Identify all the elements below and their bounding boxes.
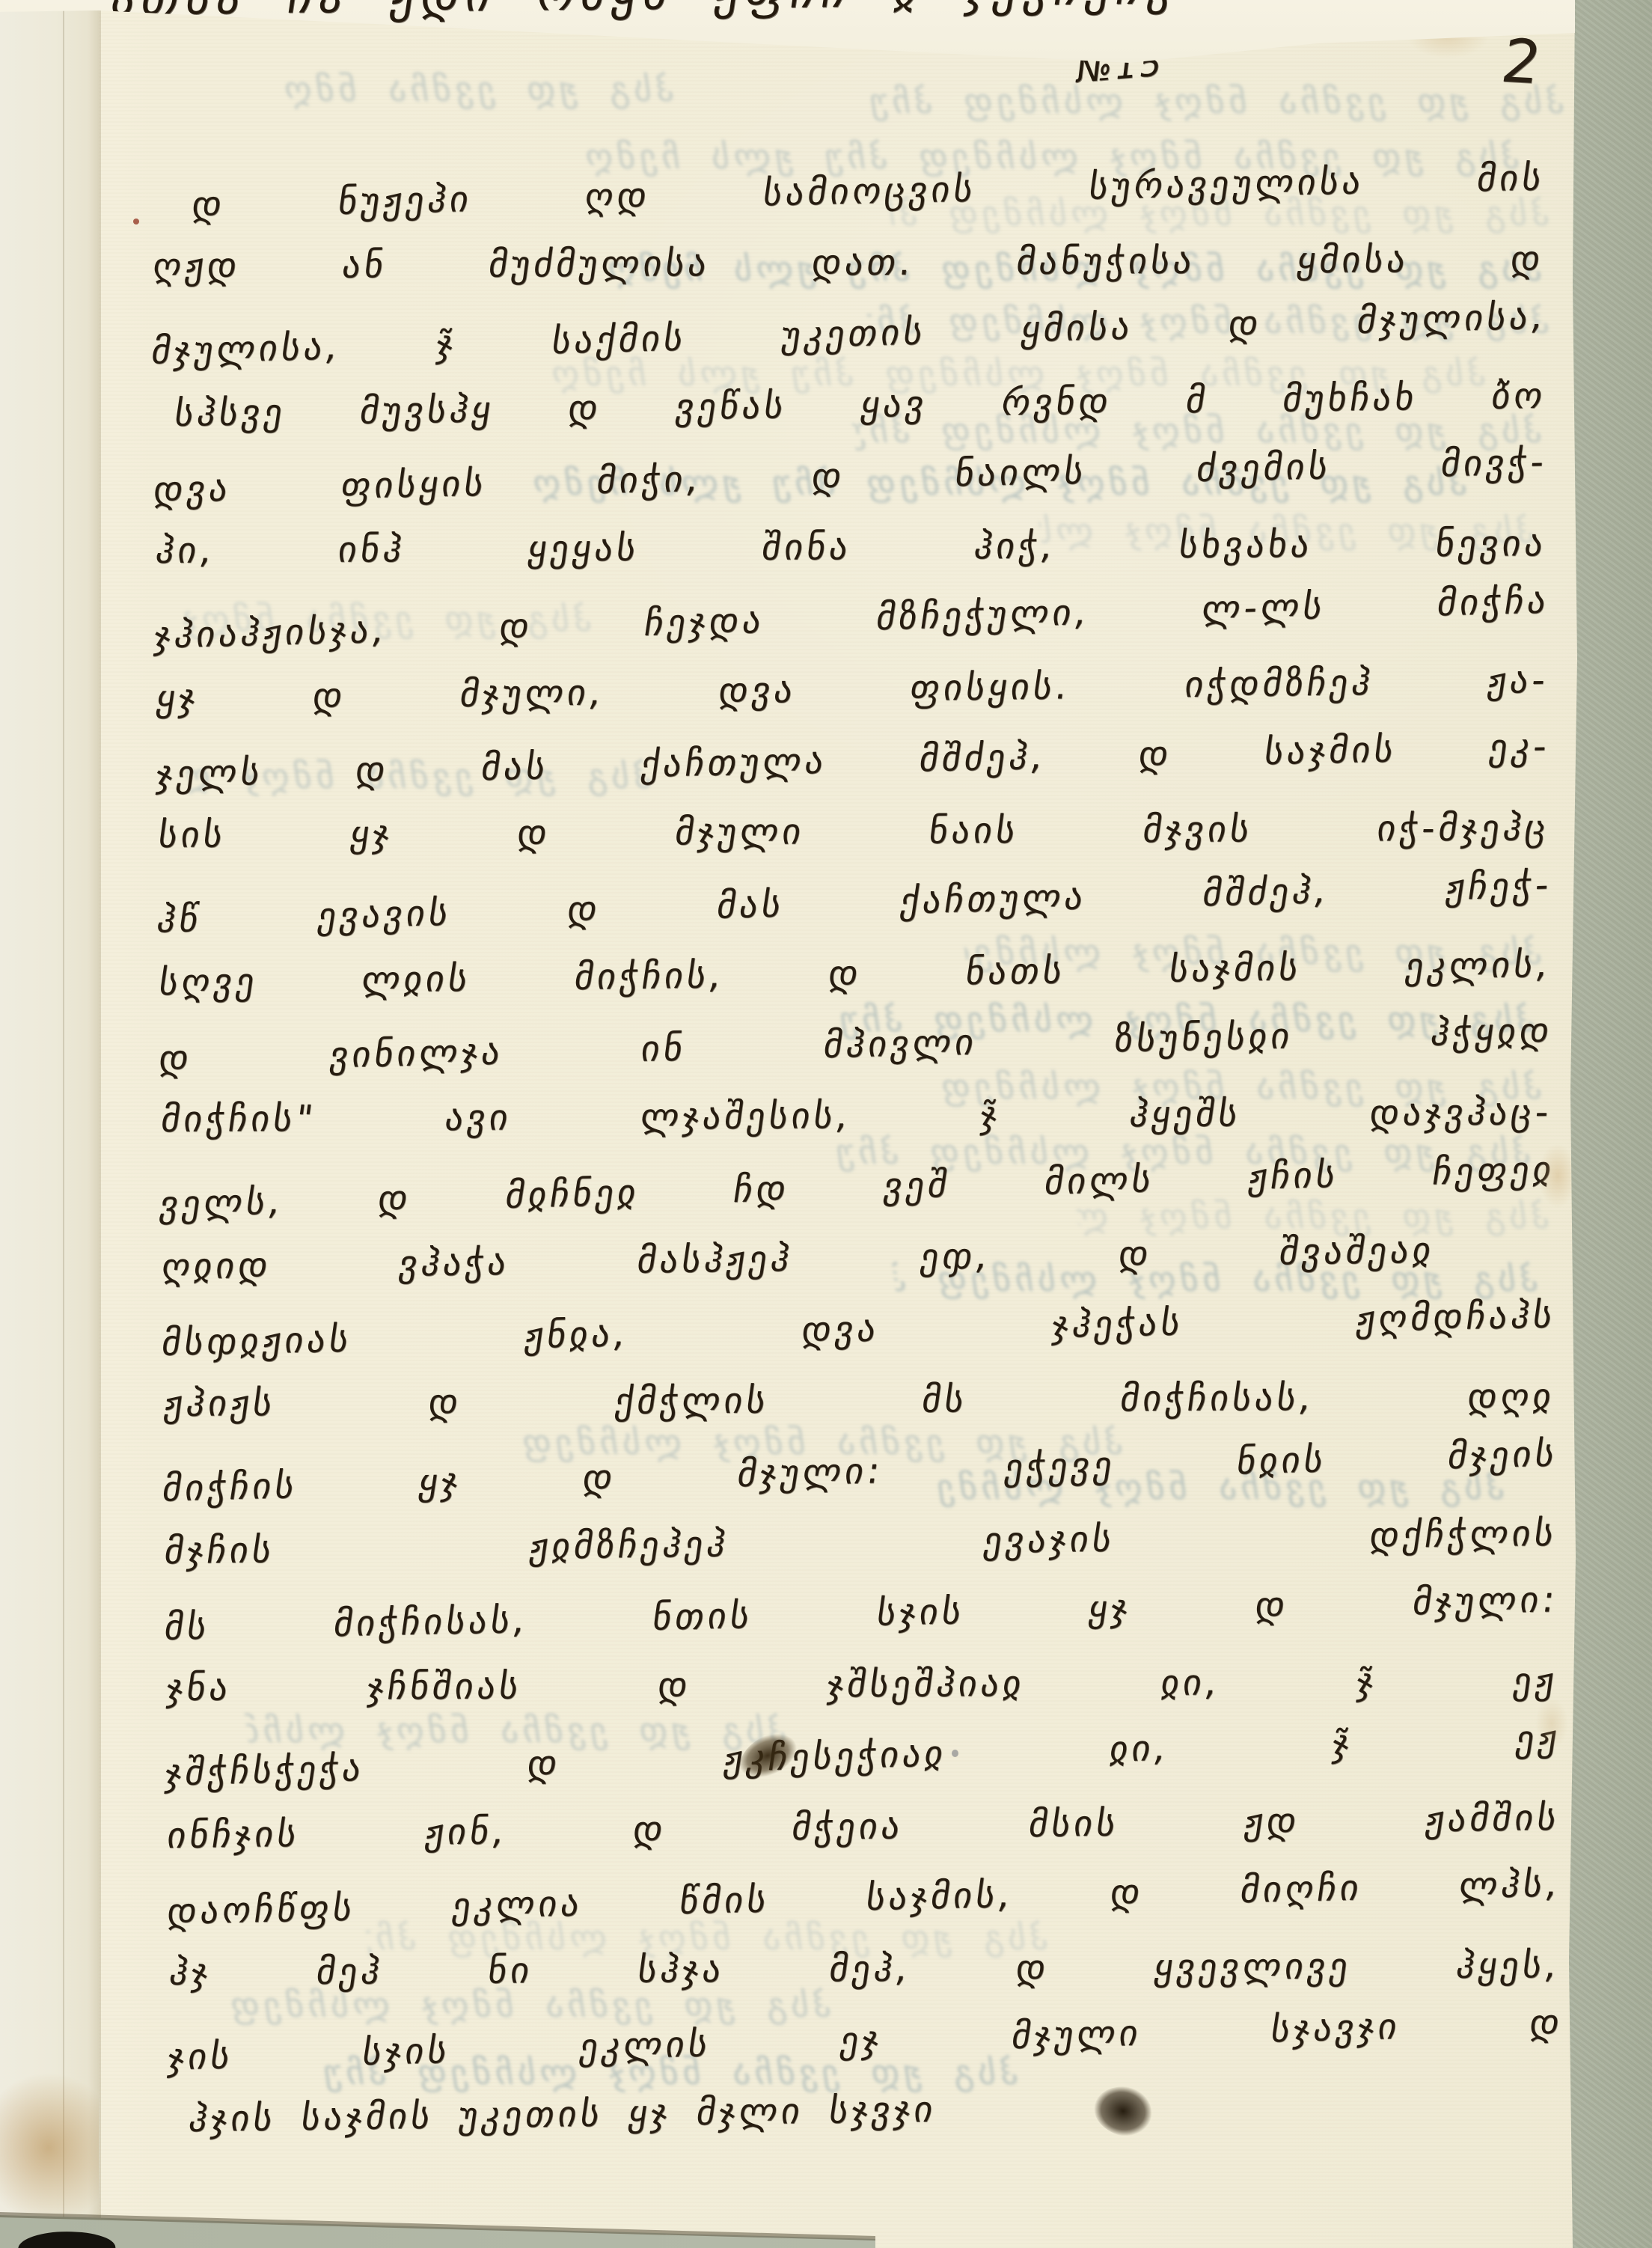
scanned-manuscript: ჰსგ ჟდ ევმჩა ნმღჯ ლსჩმეფ ჰჩუ ჟლს ჩემღჰსგ… [0, 0, 1652, 2248]
handwritten-line: ჰჯის საჯმის უკეთის ყჯ მჯლი სჯვჯი [165, 2073, 1189, 2157]
paper-speck [952, 1750, 958, 1757]
left-crease-line [99, 0, 101, 2248]
bleedthrough-line: ჰსგ ჟდ ევმჩა ნმღჯ ლსჩმეფ ჰჩუ ჟლს ჩემღ [865, 81, 1567, 121]
paper-fold-line [63, 0, 64, 2220]
manuscript-page: ჰსგ ჟდ ევმჩა ნმღჯ ლსჩმეფ ჰჩუ ჟლს ჩემღჰსგ… [0, 0, 1652, 2248]
underlying-page-edge [0, 0, 100, 2220]
foxing-stain [1535, 1697, 1568, 1750]
bleedthrough-line: ჰსგ ჟდ ევმჩა ნმღჯ ლსჩმეფ ჰჩუ ჟლს ჩემღ [281, 69, 676, 109]
paper-speck [133, 219, 139, 225]
handwritten-text-block: დ ნუჟეჰი ღდ სამიოცვის სურავეულისა მისღჟდ… [151, 152, 1570, 2156]
